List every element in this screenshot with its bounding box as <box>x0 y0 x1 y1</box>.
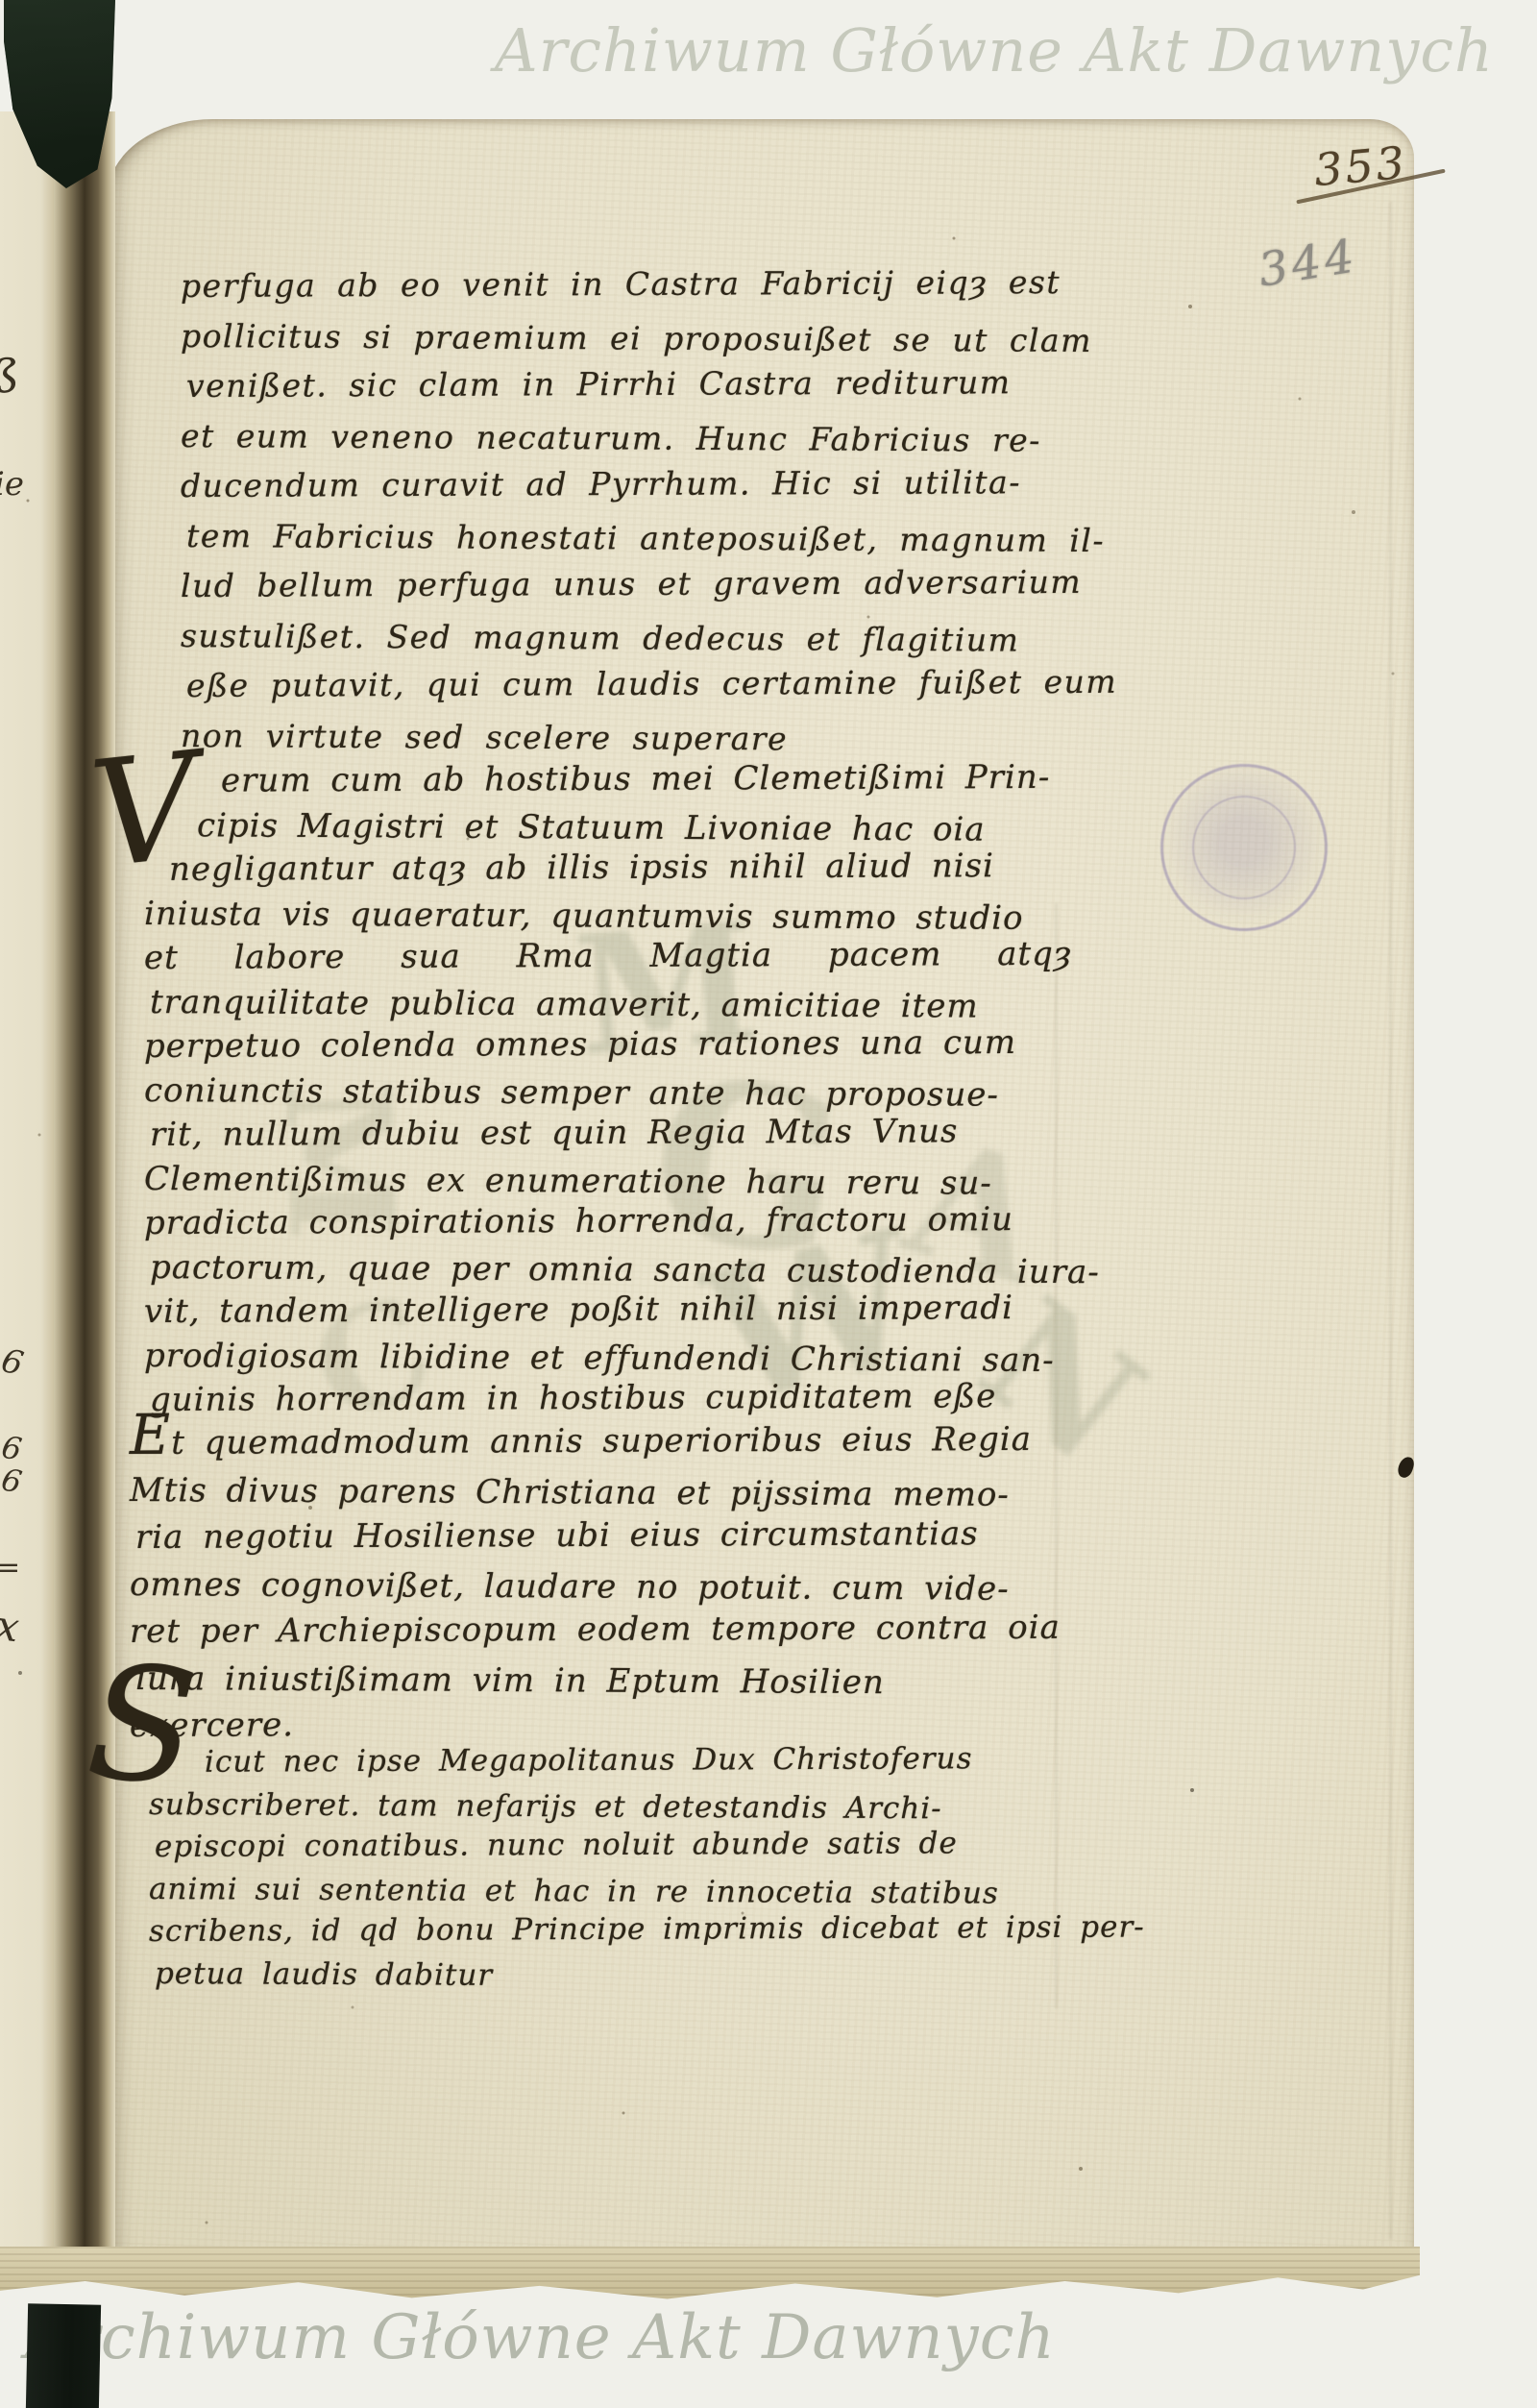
manuscript-line: perpetuo colenda omnes pias rationes una… <box>144 1020 1162 1069</box>
book-gutter <box>54 111 115 2264</box>
manuscript-line: rit, nullum dubiu est quin Regia Mtas Vn… <box>150 1108 1162 1157</box>
archive-watermark-top: Archiwum Główne Akt Dawnych <box>495 15 1494 86</box>
manuscript-line: erum cum ab hostibus mei Clemetißimi Pri… <box>144 754 1162 803</box>
left-page-fragment: 6 <box>0 1341 27 1384</box>
manuscript-line: petua laudis dabitur <box>155 1953 1244 2001</box>
manuscript-line: eße putavit, qui cum laudis certamine fu… <box>186 657 1132 711</box>
manuscript-line: ducendum curavit ad Pyrrhum. Hic si util… <box>181 457 1132 511</box>
manuscript-line: negligantur atqȝ ab illis ipsis nihil al… <box>150 843 1162 892</box>
manuscript-line: scribens, id qd bonu Principe imprimis d… <box>149 1905 1244 1953</box>
manuscript-paragraph-2: erum cum ab hostibus mei Clemetißimi Pri… <box>144 759 1162 1422</box>
paper-speck <box>0 0 2 2</box>
archive-watermark-bottom: Archiwum Główne Akt Dawnych <box>25 2302 1056 2373</box>
manuscript-line: perfuga ab eo venit in Castra Fabricij e… <box>181 258 1132 311</box>
manuscript-line: lud bellum perfuga unus et gravem advers… <box>181 557 1132 611</box>
manuscript-line: ret per Archiepiscopum eodem tempore con… <box>130 1604 1158 1656</box>
manuscript-line: vit, tandem intelligere poßit nihil nisi… <box>144 1285 1162 1334</box>
page-block-edge <box>0 2247 1420 2306</box>
manuscript-line: icut nec ipse Megapolitanus Dux Christof… <box>149 1736 1244 1783</box>
manuscript-line: ria negotiu Hosiliense ubi eius circumst… <box>135 1510 1158 1561</box>
paper-crease <box>1389 202 1392 2239</box>
left-page-fragment: 6 <box>0 1461 25 1500</box>
left-page-fragment: ß <box>0 350 19 404</box>
left-page-fragment: = <box>0 1551 20 1585</box>
manuscript-line: et labore sua Rma Magtia pacem atqȝ <box>144 931 1162 980</box>
bookmark-ribbon-bottom <box>26 2303 101 2408</box>
archive-scan: Archiwum Główne Akt Dawnych ß ie 6 6 6 =… <box>0 0 1537 2408</box>
manuscript-line: Et quemadmodum annis superioribus eius R… <box>130 1413 1158 1467</box>
left-page-fragment: x <box>0 1602 22 1652</box>
manuscript-line: episcopi conatibus. nunc noluit abunde s… <box>155 1821 1244 1868</box>
manuscript-line: venißet. sic clam in Pirrhi Castra redit… <box>186 357 1132 411</box>
manuscript-paragraph-3: Et quemadmodum annis superioribus eius R… <box>130 1418 1158 1750</box>
manuscript-line: pradicta conspirationis horrenda, fracto… <box>144 1196 1162 1245</box>
left-page-fragment: ie <box>0 465 24 504</box>
manuscript-paragraph-4: icut nec ipse Megapolitanus Dux Christof… <box>149 1741 1244 1995</box>
manuscript-paragraph-1: perfuga ab eo venit in Castra Fabricij e… <box>181 261 1132 761</box>
facing-page-edge: ß ie 6 6 6 = x <box>0 111 58 2264</box>
